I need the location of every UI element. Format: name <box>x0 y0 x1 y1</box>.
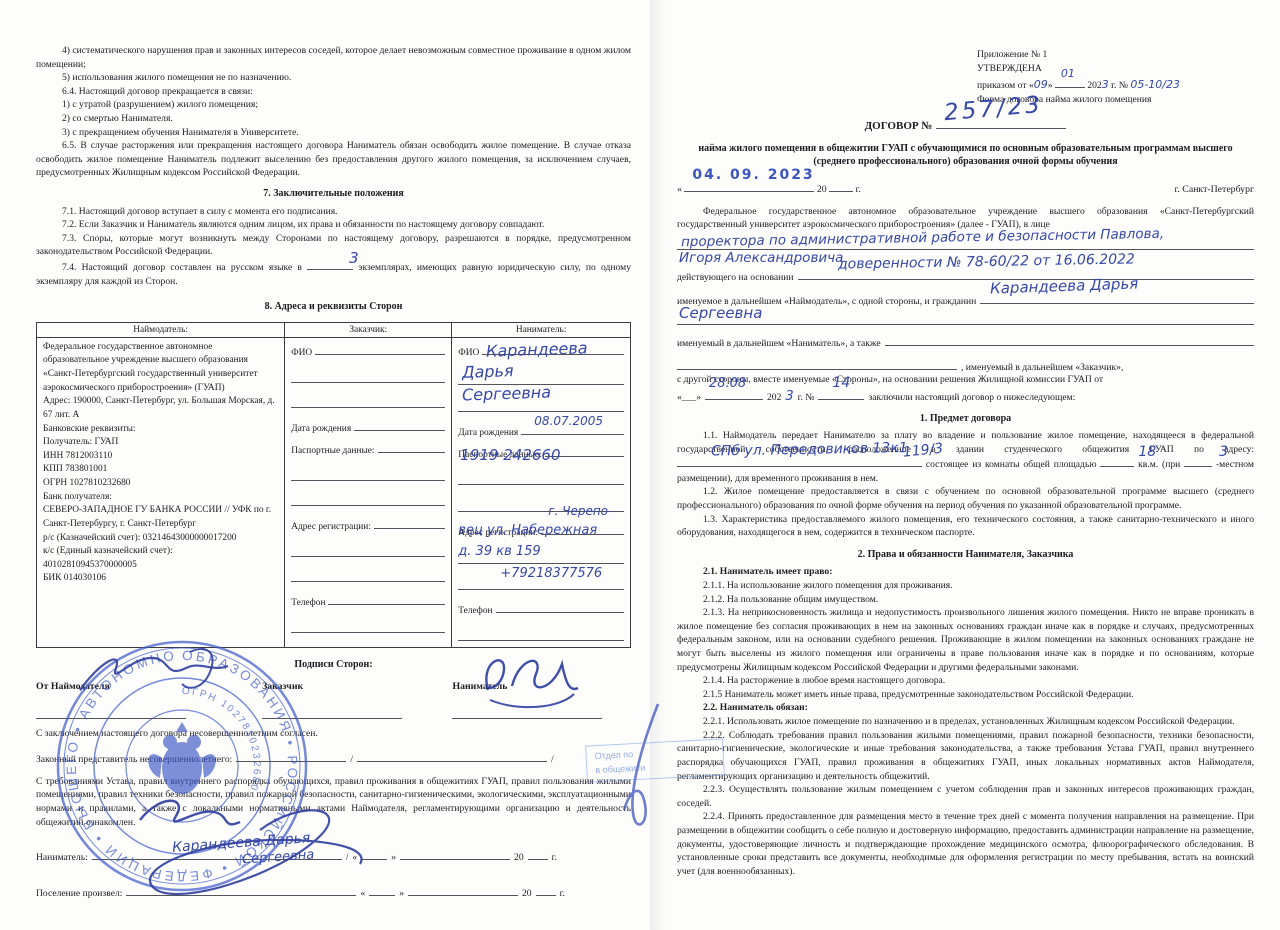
section-8-heading: 8. Адреса и реквизиты Сторон <box>36 300 631 314</box>
minor-consent-text: С заключением настоящего договора несове… <box>36 727 631 741</box>
customer-dob-blank <box>354 420 445 431</box>
requisites-table: Наймодатель: Заказчик: Наниматель: Федер… <box>36 322 631 648</box>
landlord-signature-line <box>36 692 186 719</box>
col-landlord-header: Наймодатель: <box>37 322 285 337</box>
contract-title-line: ДОГОВОР № 257/23 <box>677 116 1254 134</box>
section-1-heading: 1. Предмет договора <box>677 412 1254 426</box>
clause-1-1: 1.1. Наймодатель передает Нанимателю за … <box>677 429 1254 485</box>
clause-2-1-5: 2.1.5 Наниматель может иметь иные права,… <box>677 688 1254 702</box>
signature-labels-row: От Наймодателя Заказчик Наниматель <box>36 681 631 719</box>
clause-2-1-2: 2.1.2. На пользование общим имуществом. <box>677 593 1254 607</box>
approved-label: УТВЕРЖДЕНА <box>977 62 1254 76</box>
section-7-heading: 7. Заключительные положения <box>36 187 631 201</box>
landlord-named-line: именуемое в дальнейшем «Наймодатель», с … <box>677 293 1254 307</box>
customer-phone-blank <box>328 594 445 605</box>
settlement-line: Поселение произвел: « » 20 г. <box>36 885 631 899</box>
clause-2-1-4: 2.1.4. На расторжение в любое время наст… <box>677 674 1254 688</box>
tenant-named-line: именуемый в дальнейшем «Наниматель», а т… <box>677 335 1254 349</box>
commission-year-handwritten: 3 <box>785 389 793 404</box>
rector-blank-1: проректора по административной работе и … <box>677 232 1254 250</box>
tenant-bottom-signature-blank: Карандеева Дарья Сергеевна <box>92 849 342 860</box>
customer-fio-blank <box>315 344 445 355</box>
basis-line: действующего на основании доверенности №… <box>677 269 1254 283</box>
contract-title: ДОГОВОР № <box>865 120 933 132</box>
legal-representative-line: Законный представитель несовершеннолетне… <box>36 751 631 765</box>
order-line: приказом от «09» 01 2023 г. № 05-10/23 <box>977 77 1254 94</box>
clause-6-5: 6.5. В случае расторжения или прекращени… <box>36 139 631 180</box>
form-line: Форма договора найма жилого помещения <box>977 93 1254 107</box>
commission-line: «___» 28.08 202 3 г. № 14 заключили наст… <box>677 389 1254 404</box>
clause-1-2: 1.2. Жилое помещение предоставляется в с… <box>677 485 1254 512</box>
tenant-name-blank-2: Сергеевна <box>677 307 1254 325</box>
clause-4: 4) систематического нарушения прав и зак… <box>36 44 631 71</box>
tenant-signature-block: Наниматель <box>452 681 631 719</box>
copies-blank: 3 <box>307 259 353 270</box>
tenant-dob-blank <box>521 424 624 435</box>
section-2-heading: 2. Права и обязанности Нанимателя, Заказ… <box>677 548 1254 562</box>
intro-paragraph: Федеральное государственное автономное о… <box>677 205 1254 232</box>
customer-reg-blank <box>374 518 445 529</box>
clause-6-4-3: 3) с прекращением обучения Нанимателя в … <box>36 126 631 140</box>
customer-requisites-cell: ФИО Дата рождения Паспортные данные: Адр… <box>285 337 452 647</box>
customer-passport-blank <box>378 442 446 453</box>
date-city-line: « 04. 09. 2023 20 г. г. Санкт-Петербург <box>677 181 1254 195</box>
tenant-name-handwritten-2: Сергеевна <box>679 304 762 322</box>
clause-6-4-2: 2) со смертью Нанимателя. <box>36 112 631 126</box>
order-day-handwritten: 09 <box>1034 78 1048 91</box>
tenant-signature-line <box>452 692 602 719</box>
customer-signature-line <box>262 692 402 719</box>
rector-blank-2: Игоря Александровича <box>677 250 1254 267</box>
customer-signature-block: Заказчик <box>262 681 452 719</box>
clause-7-4: 7.4. Настоящий договор составлен на русс… <box>36 259 631 288</box>
order-number-handwritten: 05-10/23 <box>1130 78 1180 91</box>
tenant-bottom-name-2: Сергеевна <box>241 848 314 868</box>
document-scan: 4) систематического нарушения прав и зак… <box>0 0 1280 930</box>
clause-7-3: 7.3. Споры, которые могут возникнуть меж… <box>36 232 631 259</box>
clause-6-4-1: 1) с утратой (разрушением) жилого помеще… <box>36 98 631 112</box>
clause-5: 5) использования жилого помещения не по … <box>36 71 631 85</box>
order-year-handwritten: 3 <box>1102 78 1109 91</box>
tenant-passport-blank <box>545 446 624 457</box>
clause-7-2: 7.2. Если Заказчик и Наниматель являются… <box>36 218 631 232</box>
rules-familiar-text: С требованиями Устава, правил внутреннег… <box>36 775 631 829</box>
clause-2-2: 2.2. Наниматель обязан: <box>677 701 1254 715</box>
annex-number: Приложение № 1 <box>977 48 1254 62</box>
city-label: г. Санкт-Петербург <box>1175 184 1255 195</box>
clause-2-2-2: 2.2.2. Соблюдать требования правил польз… <box>677 729 1254 783</box>
clause-2-1-1: 2.1.1. На использование жилого помещения… <box>677 579 1254 593</box>
parties-line: с другой стороны, вместе именуемые «Стор… <box>677 373 1254 387</box>
landlord-requisites-cell: Федеральное государственное автономное о… <box>37 337 285 647</box>
tenant-bottom-name-1: Карандеева Дарья <box>171 830 310 856</box>
clause-7-1: 7.1. Настоящий договор вступает в силу с… <box>36 205 631 219</box>
tenant-reg-blank <box>541 524 624 535</box>
customer-named-line: , именуемый в дальнейшем «Заказчик», <box>677 359 1254 373</box>
landlord-signature-block: От Наймодателя <box>36 681 262 719</box>
page-right: Приложение № 1 УТВЕРЖДЕНА приказом от «0… <box>655 0 1280 930</box>
clause-6-4: 6.4. Настоящий договор прекращается в св… <box>36 85 631 99</box>
page-left: 4) систематического нарушения прав и зак… <box>0 0 655 930</box>
clause-2-2-4: 2.2.4. Принять предоставленное для разме… <box>677 810 1254 878</box>
clause-2-2-1: 2.2.1. Использовать жилое помещение по н… <box>677 715 1254 729</box>
tenant-requisites-cell: ФИО Карандеева Дарья Сергеевна Дата рожд… <box>452 337 631 647</box>
contract-subtitle: найма жилого помещения в общежитии ГУАП … <box>687 142 1244 169</box>
col-customer-header: Заказчик: <box>285 322 452 337</box>
clause-2-2-3: 2.2.3. Осуществлять пользование жилым по… <box>677 783 1254 810</box>
clause-2-1-3: 2.1.3. На неприкосновенность жилища и не… <box>677 606 1254 674</box>
contract-date-handwritten: 04. 09. 2023 <box>692 167 814 183</box>
clause-1-3: 1.3. Характеристика предоставляемого жил… <box>677 513 1254 540</box>
tenant-phone-blank <box>496 602 624 613</box>
contract-date-line: « 04. 09. 2023 20 г. <box>677 181 861 195</box>
tenant-fio-blank <box>482 344 624 355</box>
tenant-bottom-line: Наниматель: Карандеева Дарья Сергеевна /… <box>36 849 631 863</box>
approval-block: Приложение № 1 УТВЕРЖДЕНА приказом от «0… <box>977 48 1254 108</box>
col-tenant-header: Наниматель: <box>452 322 631 337</box>
signatures-heading: Подписи Сторон: <box>36 658 631 672</box>
clause-2-1: 2.1. Наниматель имеет право: <box>677 565 1254 579</box>
settlement-blank <box>126 885 356 896</box>
rector-handwritten-2: Игоря Александровича <box>679 250 843 266</box>
